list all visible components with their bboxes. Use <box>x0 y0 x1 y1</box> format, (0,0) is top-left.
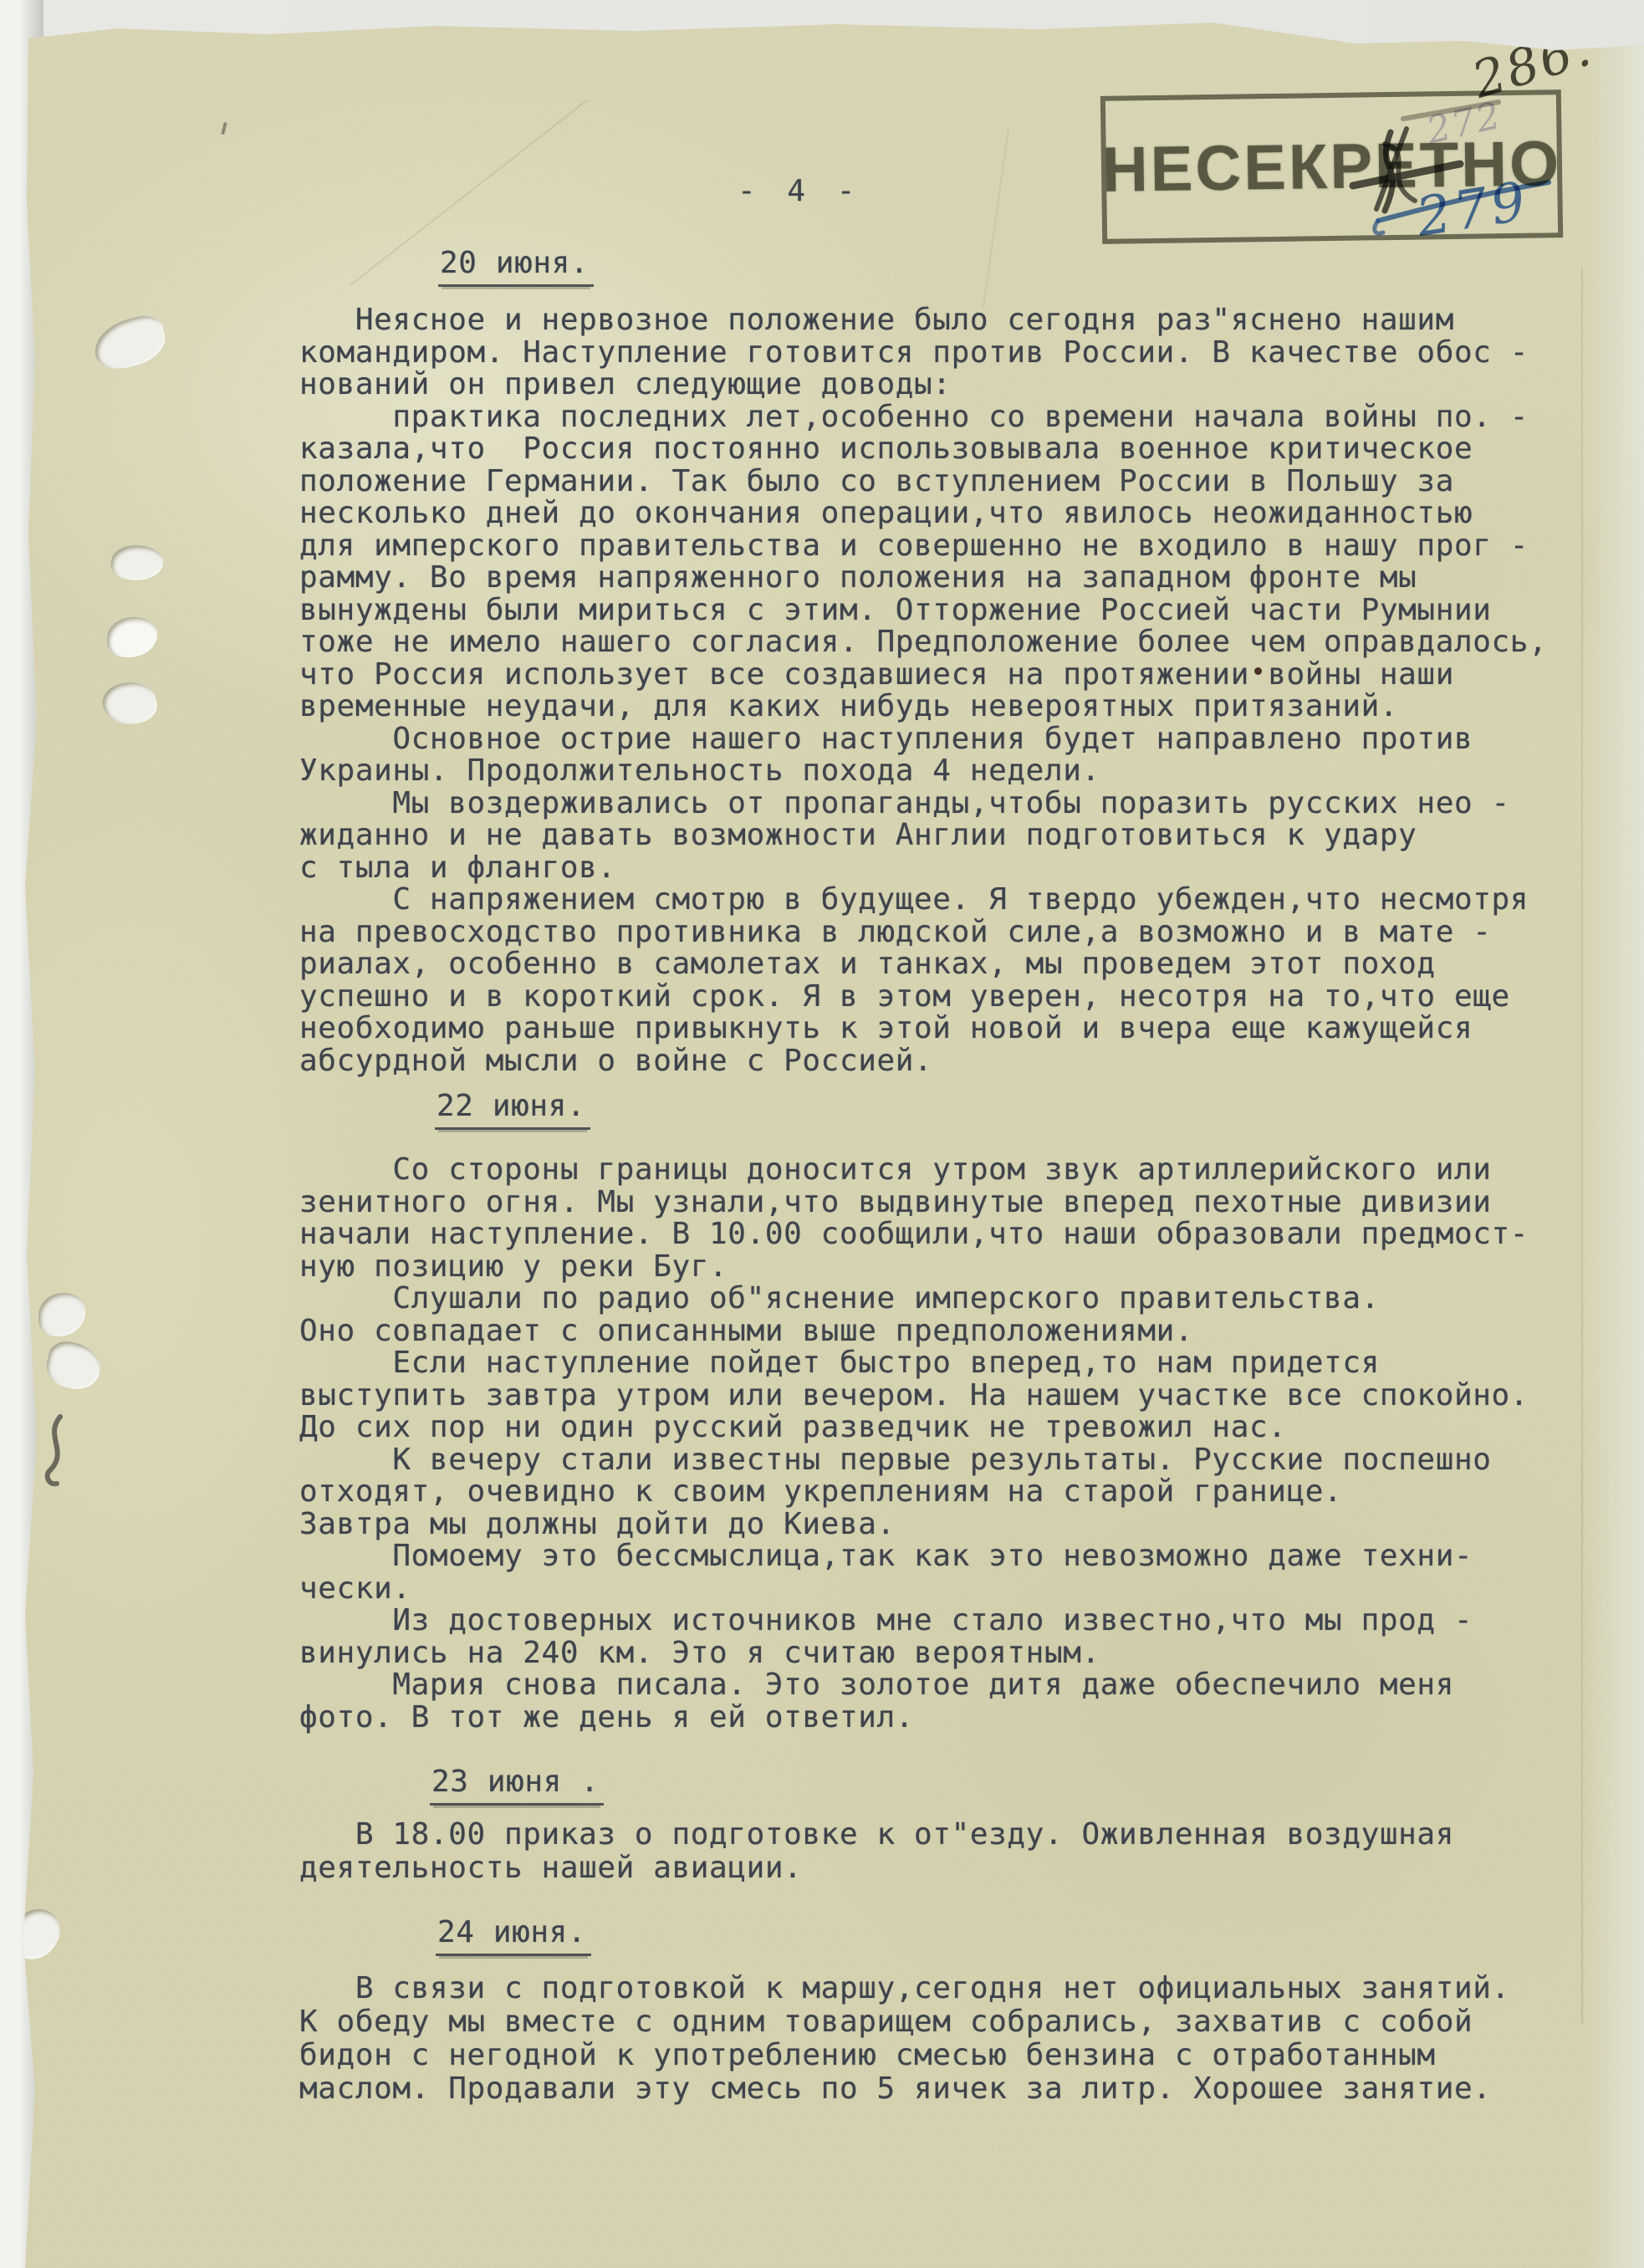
typed-line: несколько дней до окончания операции,что… <box>299 498 1547 530</box>
paper-right-edge <box>1584 33 1644 2268</box>
typed-line: вынуждены были мириться с этим. Отторжен… <box>299 595 1547 627</box>
typed-line: временные неудачи, для каких нибудь неве… <box>299 691 1547 723</box>
typed-line: деятельность нашей авиации. <box>299 1852 1454 1885</box>
typed-line: Основное острие нашего наступления будет… <box>299 723 1547 756</box>
typed-line: командиром. Наступление готовится против… <box>299 337 1547 370</box>
typed-line: Оно совпадает с описанными выше предполо… <box>299 1315 1529 1348</box>
typed-line: нований он привел следующие доводы: <box>299 369 1547 401</box>
typed-line: До сих пор ни один русский разведчик не … <box>299 1412 1529 1444</box>
typed-line: начали наступление. В 10.00 сообщили,что… <box>299 1218 1529 1251</box>
section-body-22-june: Со стороны границы доносится утром звук … <box>299 1154 1529 1734</box>
typed-line: Слушали по радио об"яснение имперского п… <box>299 1283 1529 1315</box>
typed-line: рамму. Во время напряженного положения н… <box>299 562 1547 595</box>
typed-line: Из достоверных источников мне стало изве… <box>299 1605 1529 1637</box>
section-heading-20-june: 20 июня. <box>438 246 594 287</box>
paper-sheet: - 4 - НЕСЕКРЕТНО 286. 272 279 20 июня. Н… <box>0 0 1644 2268</box>
typed-line: положение Германии. Так было со вступлен… <box>299 466 1547 498</box>
typed-line: Завтра мы должны дойти до Киева. <box>299 1509 1529 1541</box>
pen-scribble <box>1304 84 1589 276</box>
typed-line: тоже не имело нашего согласия. Предполож… <box>299 626 1547 659</box>
typed-line: С напряжением смотрю в будущее. Я твердо… <box>299 884 1547 917</box>
scan-backing-top <box>0 0 1644 28</box>
typed-line: винулись на 240 км. Это я считаю вероятн… <box>299 1637 1529 1670</box>
typed-line: необходимо раньше привыкнуть к этой ново… <box>299 1013 1547 1045</box>
paper-crease <box>1581 268 1583 2024</box>
typed-line: для имперского правительства и совершенн… <box>299 530 1547 563</box>
torn-hole <box>89 311 171 374</box>
typed-line: маслом. Продавали эту смесь по 5 яичек з… <box>299 2072 1510 2106</box>
typed-line: ную позицию у реки Буг. <box>299 1251 1529 1284</box>
punch-hole <box>38 1293 85 1336</box>
pencil-mark <box>37 1412 75 1492</box>
typed-line: выступить завтра утром или вечером. На н… <box>299 1380 1529 1412</box>
typed-line: К обеду мы вместе с одним товарищем собр… <box>299 2005 1510 2039</box>
punch-hole <box>100 678 160 728</box>
typed-line: риалах, особенно в самолетах и танках, м… <box>299 948 1547 981</box>
section-body-20-june: Неясное и нервозное положение было сегод… <box>299 304 1547 1077</box>
typed-line: на превосходство противника в людской си… <box>299 917 1547 949</box>
typed-line: Мы воздерживались от пропаганды,чтобы по… <box>299 788 1547 820</box>
typed-line: что Россия использует все создавшиеся на… <box>299 659 1547 692</box>
torn-hole <box>43 1338 105 1393</box>
page-number: - 4 - <box>738 174 861 208</box>
section-heading-24-june: 24 июня. <box>436 1915 591 1956</box>
typed-line: успешно и в короткий срок. Я в этом увер… <box>299 981 1547 1014</box>
scanned-document-page: - 4 - НЕСЕКРЕТНО 286. 272 279 20 июня. Н… <box>0 0 1644 2268</box>
typed-line: чески. <box>299 1573 1529 1606</box>
typed-line: Если наступление пойдет быстро вперед,то… <box>299 1347 1529 1380</box>
typed-line: Мария снова писала. Это золотое дитя даж… <box>299 1669 1529 1702</box>
punch-hole <box>107 617 157 657</box>
typed-line: бидон с негодной к употреблению смесью б… <box>299 2039 1510 2072</box>
typed-line: жиданно и не давать возможности Англии п… <box>299 820 1547 852</box>
paper-crease <box>983 126 1010 309</box>
typed-line: К вечеру стали известны первые результат… <box>299 1444 1529 1477</box>
typed-line: отходят, очевидно к своим укреплениям на… <box>299 1476 1529 1509</box>
typed-line: практика последних лет,особенно со време… <box>299 401 1547 434</box>
typed-line: Неясное и нервозное положение было сегод… <box>299 304 1547 337</box>
typed-line: абсурдной мысли о войне с Россией. <box>299 1045 1547 1078</box>
section-body-23-june: В 18.00 приказ о подготовке к от"езду. О… <box>299 1818 1454 1885</box>
typed-line: В 18.00 приказ о подготовке к от"езду. О… <box>299 1818 1454 1852</box>
typed-line: с тыла и флангов. <box>299 852 1547 885</box>
ink-speck <box>221 122 227 135</box>
typed-line: казала,что Россия постоянно использовыва… <box>299 433 1547 466</box>
typed-line: фото. В тот же день я ей ответил. <box>299 1702 1529 1734</box>
typed-line: Помоему это бессмыслица,так как это нево… <box>299 1540 1529 1573</box>
section-heading-23-june: 23 июня . <box>430 1765 604 1806</box>
section-heading-22-june: 22 июня. <box>435 1089 590 1130</box>
typed-line: Со стороны границы доносится утром звук … <box>299 1154 1529 1187</box>
punch-hole <box>110 543 165 583</box>
section-body-24-june: В связи с подготовкой к маршу,сегодня не… <box>299 1972 1510 2106</box>
typed-line: Украины. Продолжительность похода 4 неде… <box>299 755 1547 788</box>
typed-line: В связи с подготовкой к маршу,сегодня не… <box>299 1972 1510 2005</box>
typed-line: зенитного огня. Мы узнали,что выдвинутые… <box>299 1187 1529 1219</box>
